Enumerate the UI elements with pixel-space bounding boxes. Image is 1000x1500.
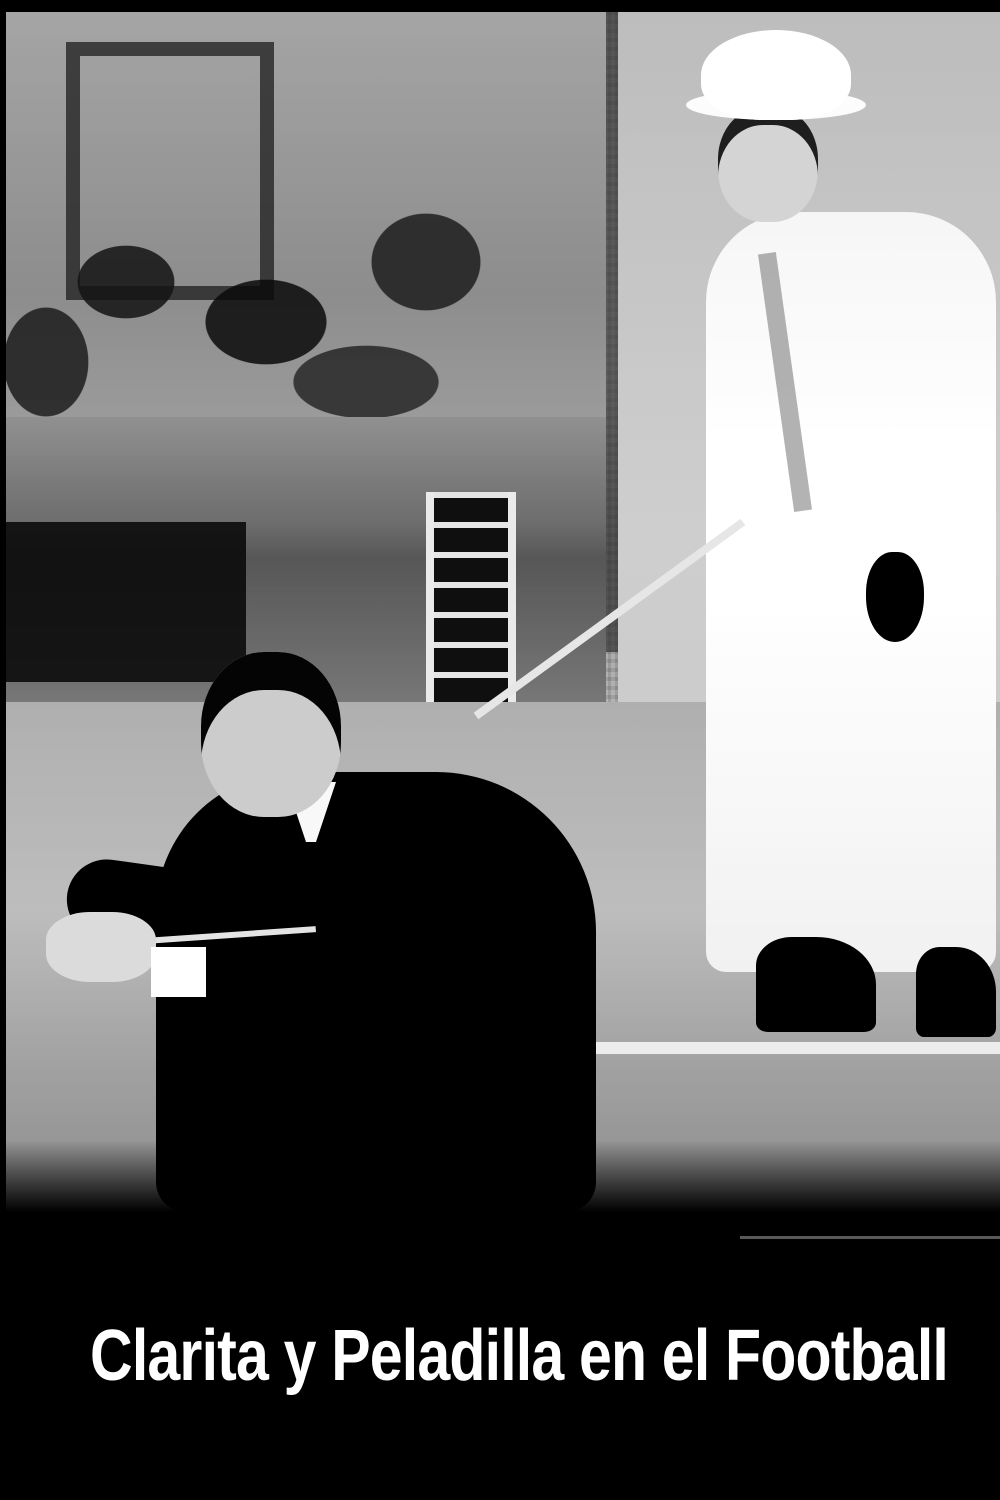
man-head (201, 652, 341, 817)
shirt-cuff (151, 947, 206, 997)
white-hat (701, 30, 851, 120)
woman-figure (706, 212, 996, 972)
photo-fade (0, 1140, 1000, 1212)
pillar (606, 12, 618, 652)
handbag (866, 552, 924, 642)
dark-wall-base (6, 522, 246, 682)
curb-step (566, 1042, 1000, 1054)
shoe (756, 937, 876, 1032)
shoe (916, 947, 996, 1037)
foliage (6, 162, 566, 432)
man-hand (46, 912, 156, 982)
poster-title: Clarita y Peladilla en el Football (90, 1320, 910, 1392)
ladder (426, 492, 516, 702)
film-still-photo (6, 12, 1000, 1212)
film-scratch (740, 1236, 1000, 1239)
movie-poster: Clarita y Peladilla en el Football (0, 0, 1000, 1500)
stone-ledge (6, 417, 606, 527)
woman-face (718, 107, 818, 222)
